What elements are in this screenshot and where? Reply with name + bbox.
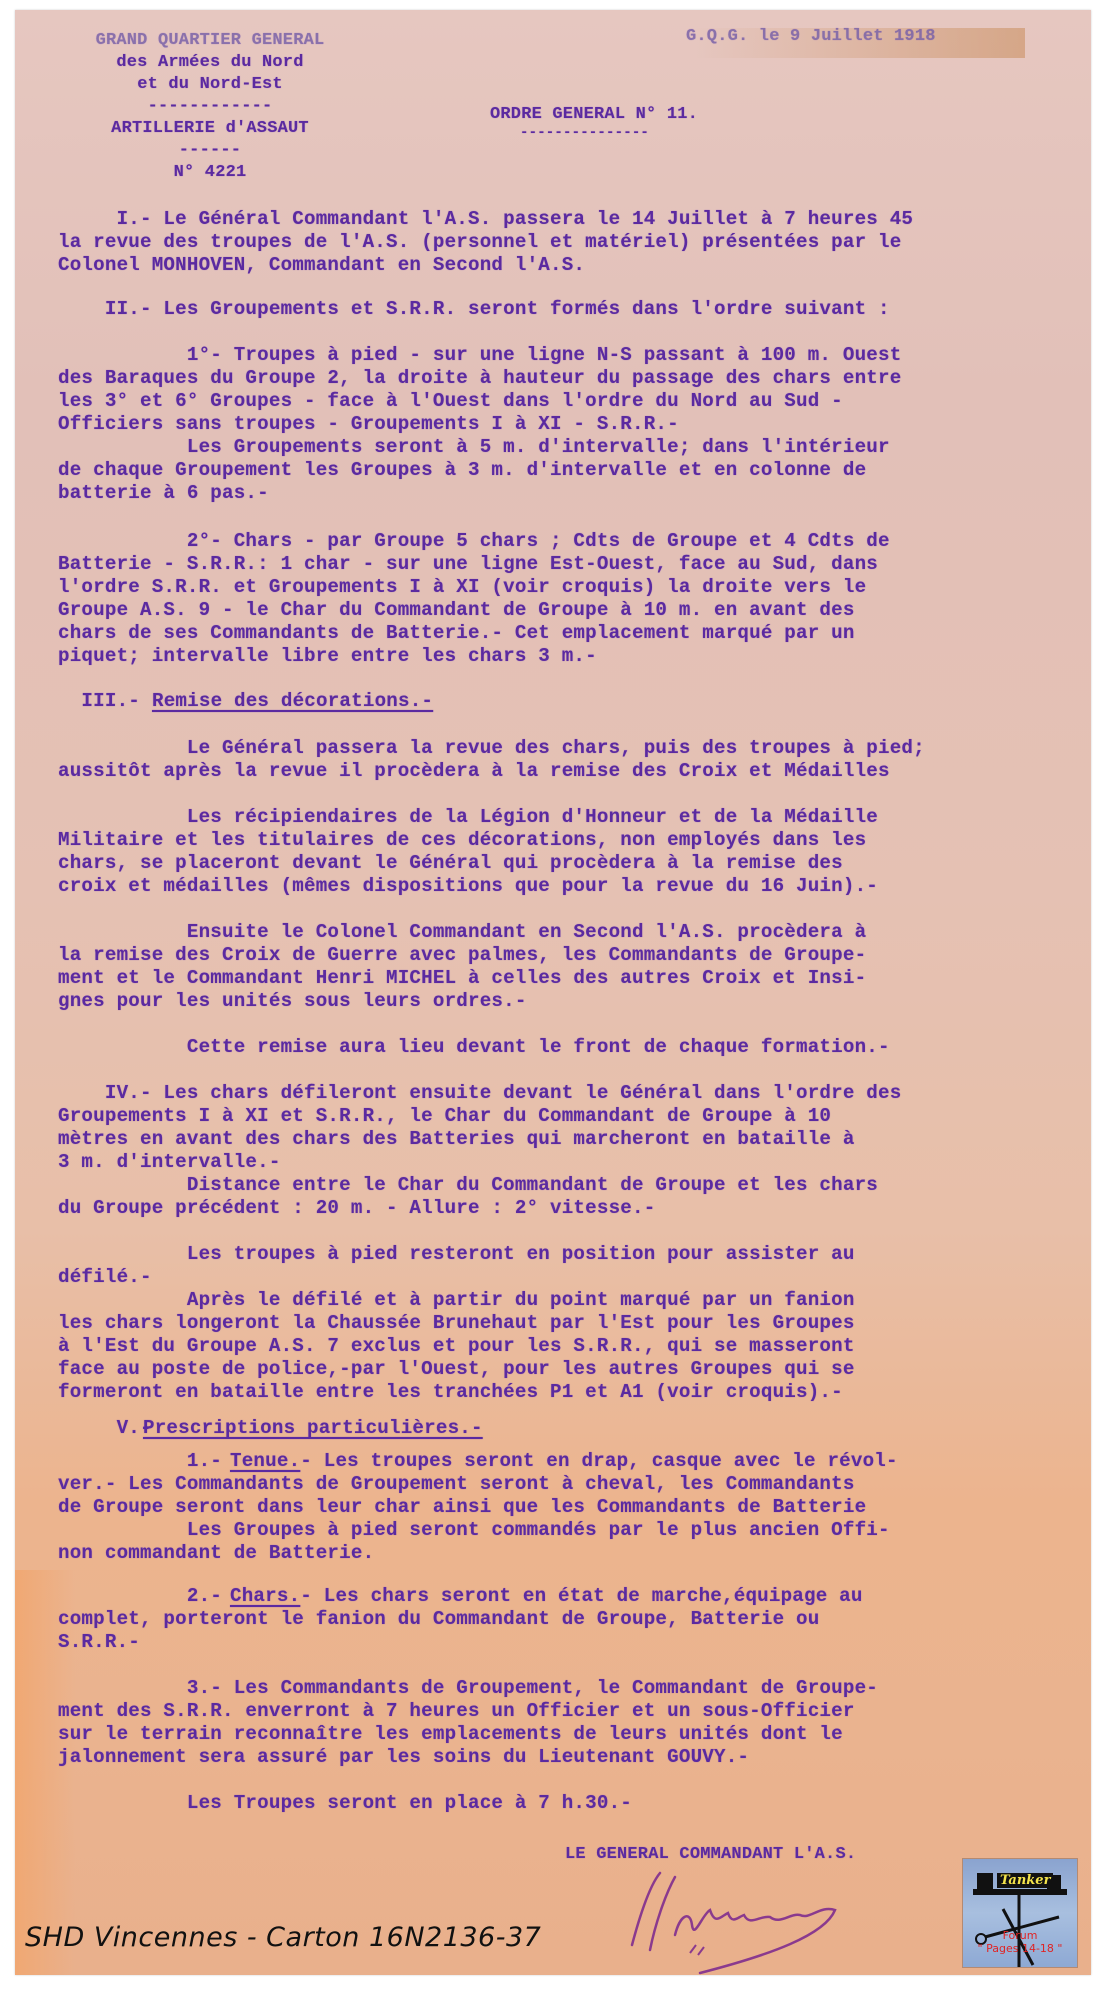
title-underline: ---------------: [520, 122, 649, 145]
logo-pages-line: " Pages 14-18 ": [963, 1942, 1077, 1955]
letterhead-rule: ------: [50, 140, 370, 162]
text-line: 2.-: [58, 1585, 234, 1608]
text-line: Groupe A.S. 9 - le Char du Commandant de…: [58, 599, 855, 622]
chars-heading: Chars.: [230, 1585, 300, 1607]
chars-text: - Les chars seront en état de marche,équ…: [300, 1585, 862, 1607]
text-line: les chars longeront la Chaussée Brunehau…: [58, 1312, 855, 1335]
document-date: G.Q.G. le 9 Juillet 1918: [686, 25, 936, 48]
text-line: piquet; intervalle libre entre les chars…: [58, 645, 597, 668]
letterhead-line: GRAND QUARTIER GENERAL: [50, 30, 370, 52]
text-line: Après le défilé et à partir du point mar…: [58, 1289, 855, 1312]
text-line: Les Groupements seront à 5 m. d'interval…: [58, 436, 890, 459]
text-line: Les troupes à pied resteront en position…: [58, 1243, 855, 1266]
text-line: Officiers sans troupes - Groupements I à…: [58, 413, 679, 436]
text-line: Les Troupes seront en place à 7 h.30.-: [58, 1792, 632, 1815]
text-line: croix et médailles (mêmes dispositions q…: [58, 875, 878, 898]
chars-line: Chars.- Les chars seront en état de marc…: [230, 1585, 863, 1608]
text-line: complet, porteront le fanion du Commanda…: [58, 1608, 819, 1631]
text-line: III.-: [58, 690, 152, 713]
letterhead: GRAND QUARTIER GENERAL des Armées du Nor…: [50, 30, 370, 184]
tenue-line: Tenue.- Les troupes seront en drap, casq…: [230, 1450, 898, 1473]
section-heading-decorations: Remise des décorations.-: [152, 690, 433, 713]
text-line: l'ordre S.R.R. et Groupements I à XI (vo…: [58, 576, 866, 599]
text-line: jalonnement sera assuré par les soins du…: [58, 1746, 749, 1769]
text-line: de Groupe seront dans leur char ainsi qu…: [58, 1496, 866, 1519]
handwritten-signature-icon: [620, 1855, 920, 1975]
logo-tanker-text: Tanker: [997, 1873, 1053, 1888]
text-line: Cette remise aura lieu devant le front d…: [58, 1036, 890, 1059]
text-line: 1.-: [58, 1450, 234, 1473]
letterhead-line: et du Nord-Est: [50, 74, 370, 96]
text-line: chars, se placeront devant le Général qu…: [58, 852, 843, 875]
letterhead-line: ARTILLERIE d'ASSAUT: [50, 118, 370, 140]
archive-caption: SHD Vincennes - Carton 16N2136-37: [25, 1922, 541, 1953]
text-line: II.- Les Groupements et S.R.R. seront fo…: [58, 298, 890, 321]
letterhead-line: des Armées du Nord: [50, 52, 370, 74]
logo-forum-line: Forum: [963, 1929, 1077, 1942]
text-line: Ensuite le Colonel Commandant en Second …: [58, 921, 866, 944]
text-line: formeront en bataille entre les tranchée…: [58, 1381, 843, 1404]
text-line: aussitôt après la revue il procèdera à l…: [58, 760, 890, 783]
text-line: Distance entre le Char du Commandant de …: [58, 1174, 878, 1197]
text-line: mètres en avant des chars des Batteries …: [58, 1128, 855, 1151]
text-line: chars de ses Commandants de Batterie.- C…: [58, 622, 855, 645]
text-line: les 3° et 6° Groupes - face à l'Ouest da…: [58, 390, 843, 413]
text-line: Batterie - S.R.R.: 1 char - sur une lign…: [58, 553, 878, 576]
text-line: sur le terrain reconnaître les emplaceme…: [58, 1723, 843, 1746]
text-line: Le Général passera la revue des chars, p…: [58, 737, 925, 760]
text-line: Groupements I à XI et S.R.R., le Char du…: [58, 1105, 831, 1128]
text-line: non commandant de Batterie.: [58, 1542, 374, 1565]
text-line: défilé.-: [58, 1266, 152, 1289]
tenue-text: - Les troupes seront en drap, casque ave…: [300, 1450, 897, 1472]
text-line: face au poste de police,-par l'Ouest, po…: [58, 1358, 855, 1381]
text-line: batterie à 6 pas.-: [58, 482, 269, 505]
text-line: la remise des Croix de Guerre avec palme…: [58, 944, 866, 967]
text-line: gnes pour les unités sous leurs ordres.-: [58, 990, 527, 1013]
logo-forum-text: Forum " Pages 14-18 ": [963, 1929, 1077, 1955]
text-line: ment des S.R.R. enverront à 7 heures un …: [58, 1700, 855, 1723]
text-line: Militaire et les titulaires de ces décor…: [58, 829, 866, 852]
text-line: 2°- Chars - par Groupe 5 chars ; Cdts de…: [58, 530, 890, 553]
text-line: de chaque Groupement les Groupes à 3 m. …: [58, 459, 866, 482]
text-line: du Groupe précédent : 20 m. - Allure : 2…: [58, 1197, 655, 1220]
text-line: ment et le Commandant Henri MICHEL à cel…: [58, 967, 866, 990]
text-line: 1°- Troupes à pied - sur une ligne N-S p…: [58, 344, 901, 367]
document-number: N° 4221: [50, 162, 370, 184]
tenue-heading: Tenue.: [230, 1450, 300, 1472]
forum-logo: Tanker Forum " Pages 14-18 ": [962, 1858, 1078, 1968]
text-line: ver.- Les Commandants de Groupement sero…: [58, 1473, 855, 1496]
text-line: S.R.R.-: [58, 1631, 140, 1654]
text-line: Les récipiendaires de la Légion d'Honneu…: [58, 806, 878, 829]
text-line: à l'Est du Groupe A.S. 7 exclus et pour …: [58, 1335, 855, 1358]
text-line: Colonel MONHOVEN, Commandant en Second l…: [58, 254, 585, 277]
section-heading-prescriptions: Prescriptions particulières.-: [143, 1417, 483, 1440]
text-line: la revue des troupes de l'A.S. (personne…: [58, 231, 901, 254]
text-line: des Baraques du Groupe 2, la droite à ha…: [58, 367, 901, 390]
text-line: 3.- Les Commandants de Groupement, le Co…: [58, 1677, 878, 1700]
text-line: Les Groupes à pied seront commandés par …: [58, 1519, 890, 1542]
text-line: I.- Le Général Commandant l'A.S. passera…: [58, 208, 913, 231]
text-line: IV.- Les chars défileront ensuite devant…: [58, 1082, 901, 1105]
letterhead-rule: ------------: [50, 96, 370, 118]
text-line: 3 m. d'intervalle.-: [58, 1151, 281, 1174]
